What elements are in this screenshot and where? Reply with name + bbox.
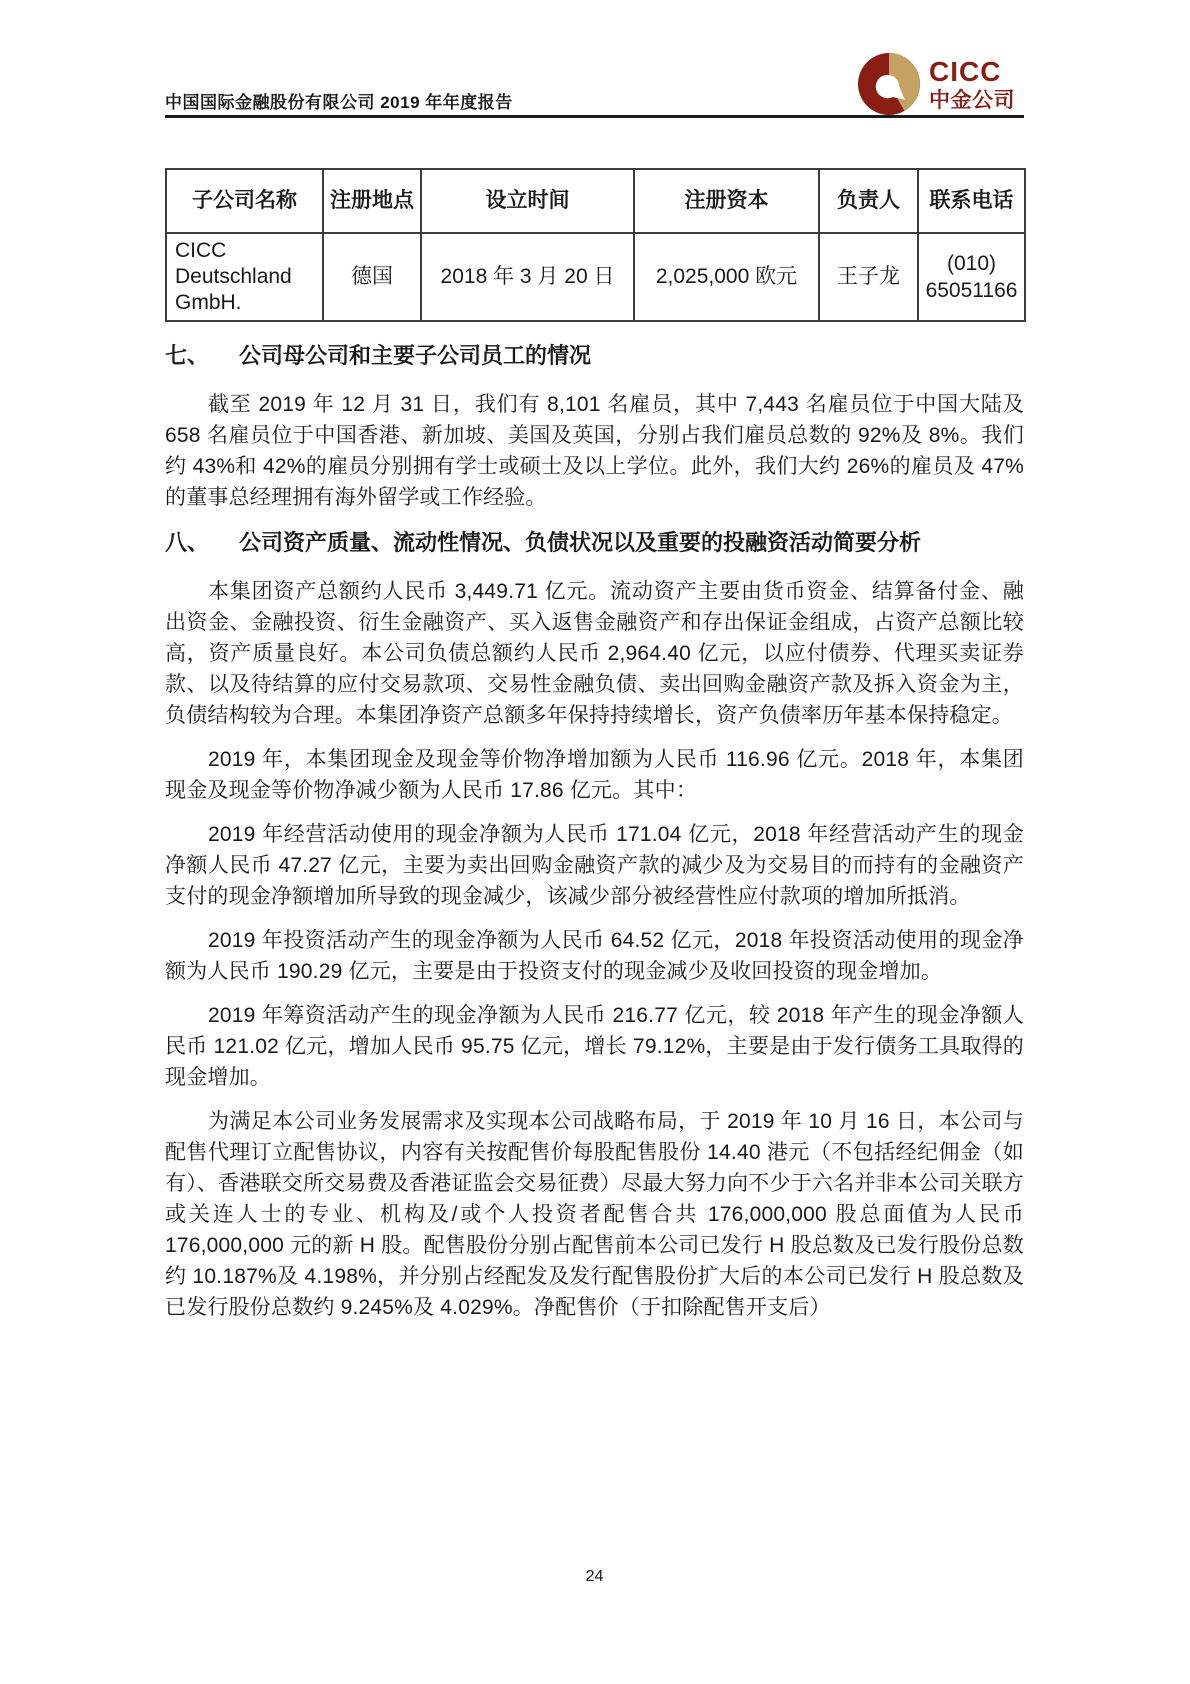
column-header-person-in-charge: 负责人: [819, 169, 918, 233]
cell-registered-capital: 2,025,000 欧元: [634, 233, 819, 321]
logo-chinese-text: 中金公司: [929, 90, 1015, 111]
section-8-paragraph-3: 2019 年经营活动使用的现金净额为人民币 171.04 亿元，2018 年经营…: [165, 819, 1024, 912]
header-divider: [165, 115, 1024, 118]
table-header-row: 子公司名称 注册地点 设立时间 注册资本 负责人 联系电话: [166, 169, 1025, 233]
document-page: 中国国际金融股份有限公司 2019 年年度报告 CICC 中金公司 子公司名称 …: [0, 0, 1190, 1684]
column-header-contact-phone: 联系电话: [918, 169, 1025, 233]
page-number: 24: [586, 1568, 604, 1585]
cicc-logo-icon: [858, 53, 920, 115]
logo-latin-text: CICC: [929, 58, 1015, 86]
section-8-paragraph-5: 2019 年筹资活动产生的现金净额为人民币 216.77 亿元，较 2018 年…: [165, 1000, 1024, 1093]
section-7-number: 七、: [165, 340, 239, 371]
cell-subsidiary-name: CICC Deutschland GmbH.: [166, 233, 323, 321]
phone-line-2: 65051166: [925, 277, 1018, 304]
column-header-registered-capital: 注册资本: [634, 169, 819, 233]
table-row: CICC Deutschland GmbH. 德国 2018 年 3 月 20 …: [166, 233, 1025, 321]
cell-registered-location: 德国: [323, 233, 421, 321]
section-7-title: 公司母公司和主要子公司员工的情况: [239, 340, 1024, 371]
section-8-title: 公司资产质量、流动性情况、负债状况以及重要的投融资活动简要分析: [239, 527, 1024, 558]
column-header-establishment-date: 设立时间: [421, 169, 634, 233]
cell-establishment-date: 2018 年 3 月 20 日: [421, 233, 634, 321]
cicc-wordmark: CICC 中金公司: [929, 58, 1015, 111]
section-8-number: 八、: [165, 527, 239, 558]
section-8-paragraph-4: 2019 年投资活动产生的现金净额为人民币 64.52 亿元，2018 年投资活…: [165, 925, 1024, 987]
document-body: 七、 公司母公司和主要子公司员工的情况 截至 2019 年 12 月 31 日，…: [165, 326, 1024, 1336]
section-8-paragraph-6: 为满足本公司业务发展需求及实现本公司战略布局，于 2019 年 10 月 16 …: [165, 1106, 1024, 1323]
phone-line-1: (010): [925, 250, 1018, 277]
page-footer: 24: [165, 1568, 1024, 1586]
cell-person-in-charge: 王子龙: [819, 233, 918, 321]
column-header-registered-location: 注册地点: [323, 169, 421, 233]
section-8-heading: 八、 公司资产质量、流动性情况、负债状况以及重要的投融资活动简要分析: [165, 527, 1024, 558]
section-7-paragraph-1: 截至 2019 年 12 月 31 日，我们有 8,101 名雇员，其中 7,4…: [165, 389, 1024, 513]
cicc-logo: CICC 中金公司: [858, 53, 1015, 115]
column-header-subsidiary-name: 子公司名称: [166, 169, 323, 233]
report-title: 中国国际金融股份有限公司 2019 年年度报告: [165, 88, 513, 113]
section-7-heading: 七、 公司母公司和主要子公司员工的情况: [165, 340, 1024, 371]
subsidiary-table: 子公司名称 注册地点 设立时间 注册资本 负责人 联系电话 CICC Deuts…: [165, 168, 1026, 322]
section-8-paragraph-1: 本集团资产总额约人民币 3,449.71 亿元。流动资产主要由货币资金、结算备付…: [165, 576, 1024, 731]
section-8-paragraph-2: 2019 年，本集团现金及现金等价物净增加额为人民币 116.96 亿元。201…: [165, 744, 1024, 806]
cell-contact-phone: (010) 65051166: [918, 233, 1025, 321]
